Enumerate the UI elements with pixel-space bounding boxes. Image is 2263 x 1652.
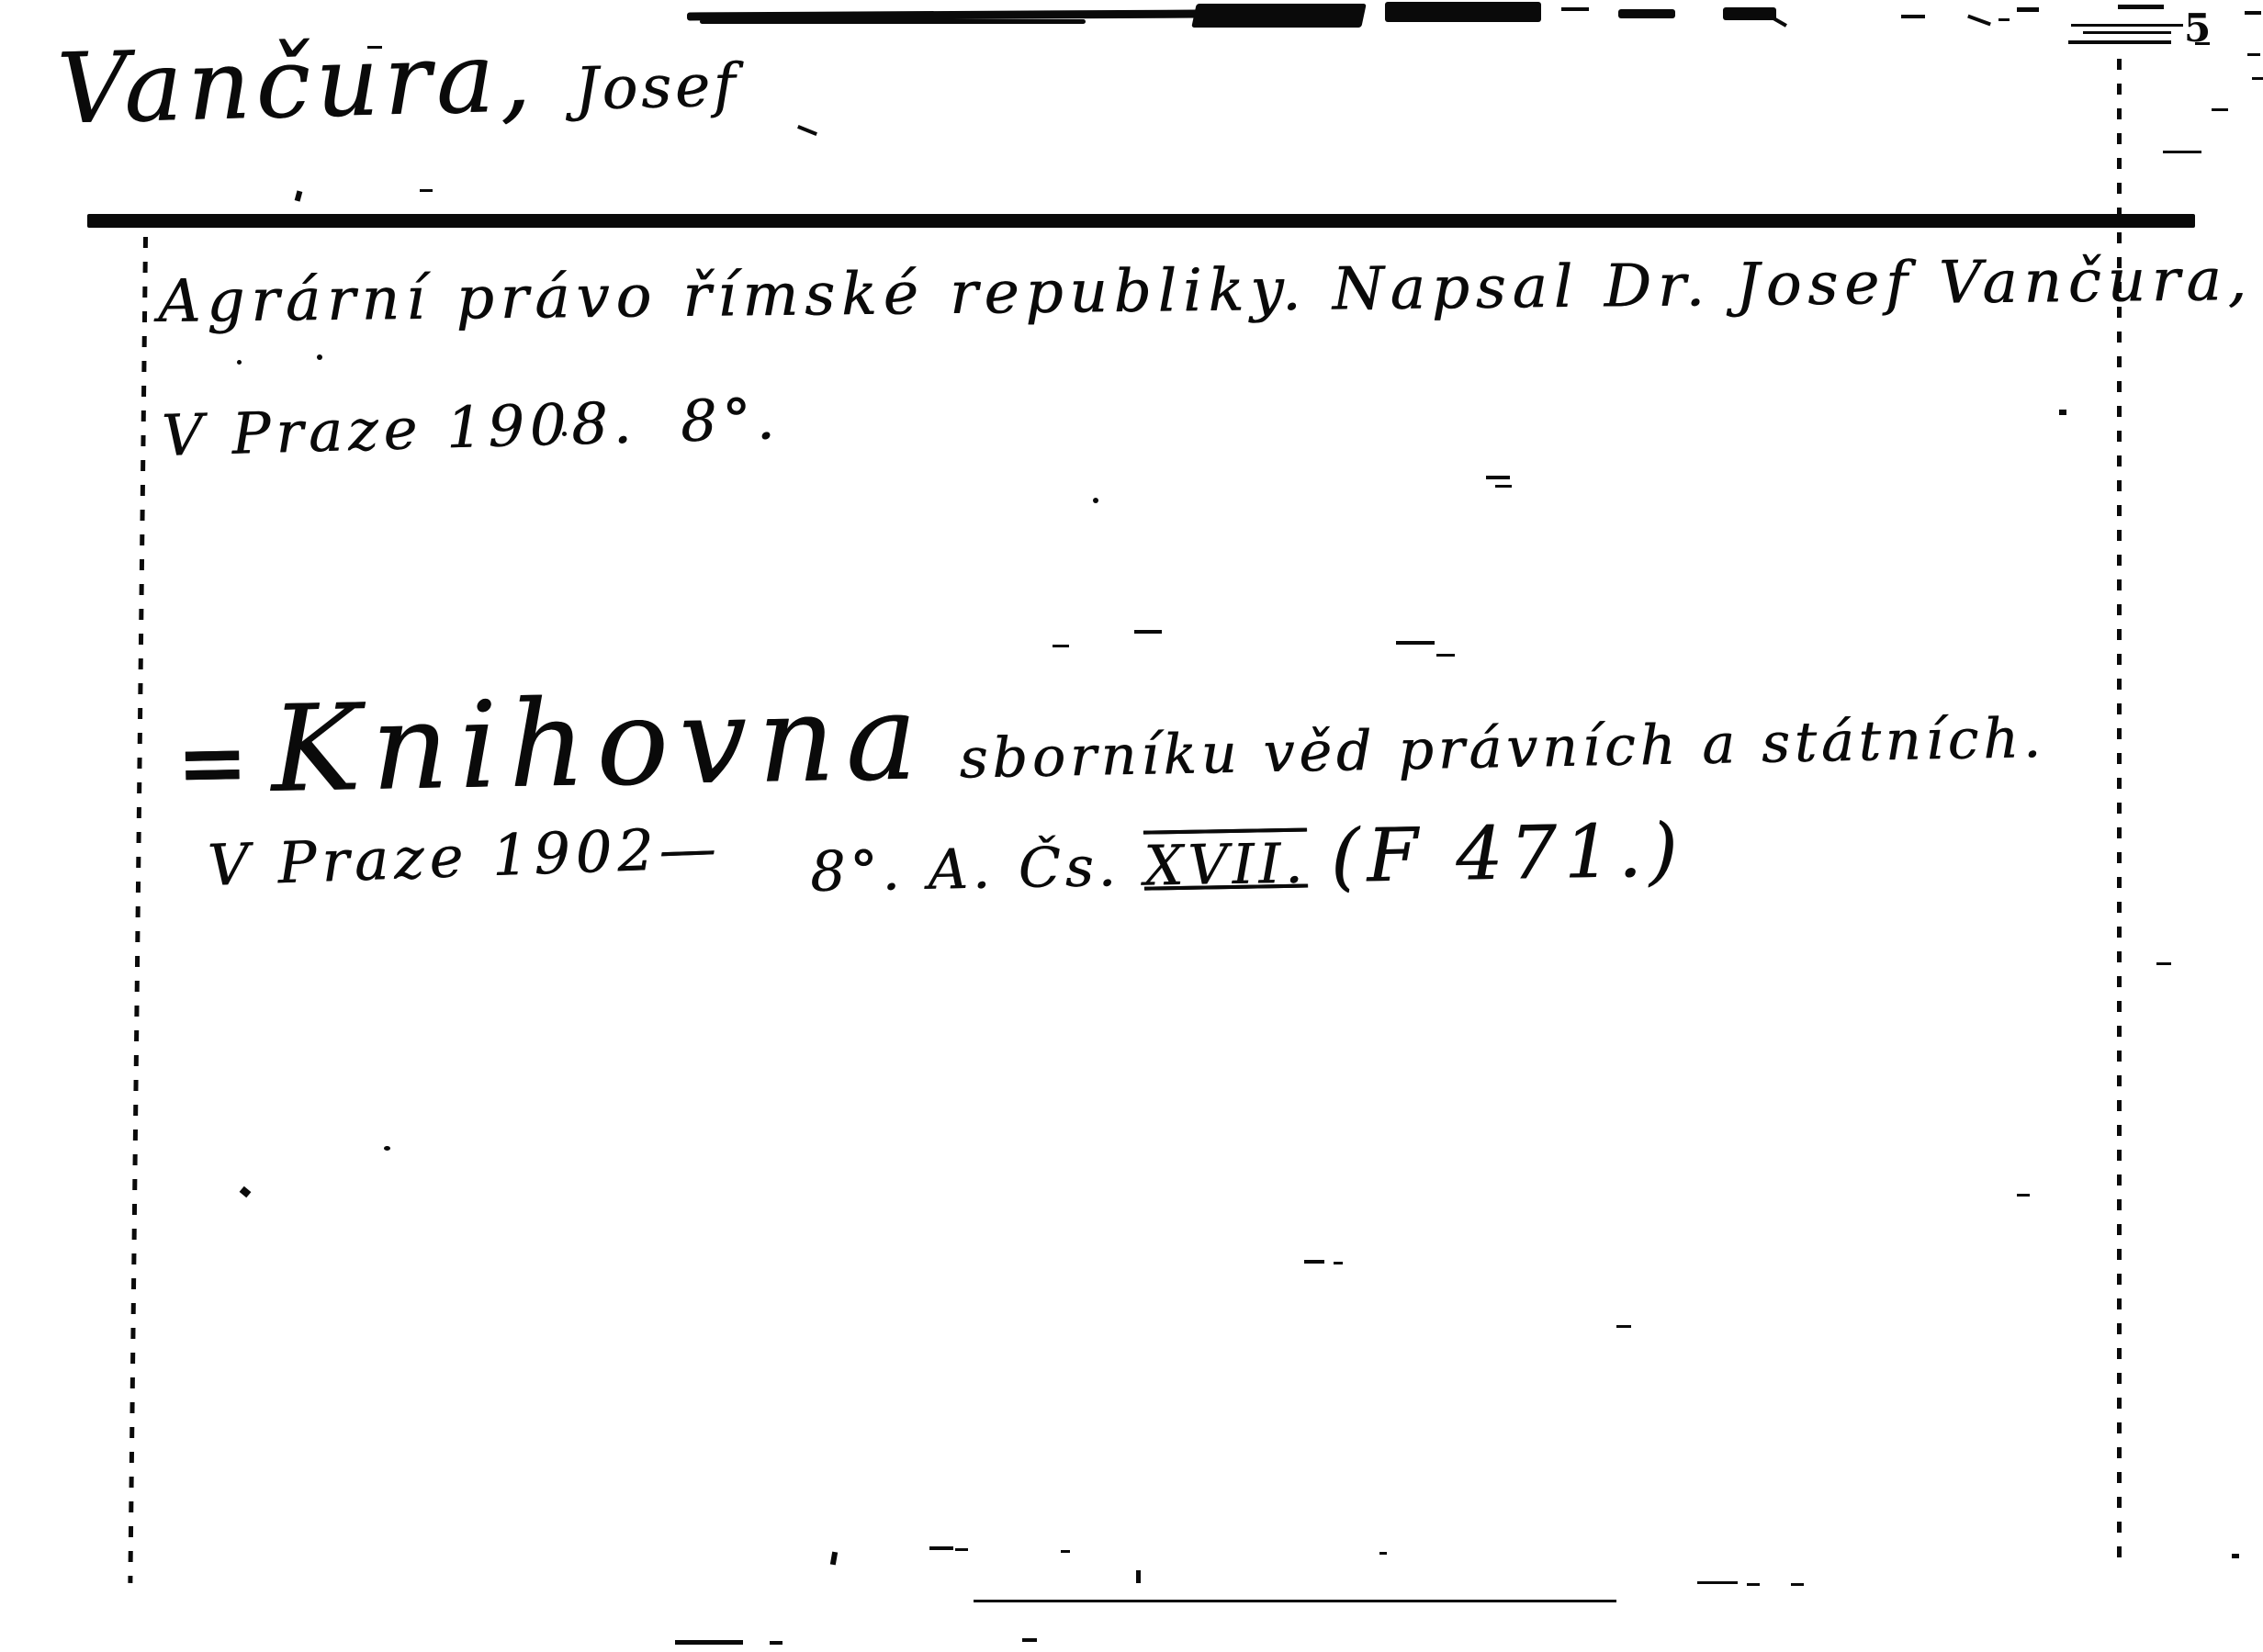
scan-noise xyxy=(367,46,382,49)
scan-noise xyxy=(1396,641,1435,645)
scan-noise xyxy=(2163,151,2201,153)
scan-noise xyxy=(317,354,322,360)
scan-noise xyxy=(770,1641,782,1645)
heading-surname: Vančura, xyxy=(56,20,538,146)
heading-given-name: Josef xyxy=(574,51,739,124)
scan-noise xyxy=(1773,17,1787,27)
scan-noise xyxy=(1191,4,1367,28)
scan-noise xyxy=(1791,1583,1804,1586)
scan-noise xyxy=(1304,1260,1324,1264)
scan-noise xyxy=(1022,1638,1037,1642)
heading-rule xyxy=(87,214,2195,228)
scan-noise xyxy=(2232,1554,2239,1558)
scan-noise xyxy=(1053,645,1069,647)
scan-noise xyxy=(562,432,567,436)
series-imprint: V Praze 1902— xyxy=(207,814,723,898)
scan-noise xyxy=(2156,962,2171,965)
series-volume: XVII. xyxy=(1143,832,1308,899)
scan-noise xyxy=(2245,11,2261,15)
scan-noise xyxy=(2252,77,2263,80)
scan-noise xyxy=(1436,654,1455,657)
shelfmark: (F 471.) xyxy=(1330,807,1685,899)
catalog-card: 5 Vančura, Josef Agrární právo římské re… xyxy=(0,0,2263,1652)
series-title: Knihovna xyxy=(270,667,929,819)
series-format: 8°. xyxy=(810,838,905,905)
scan-noise xyxy=(1618,9,1675,18)
scan-noise xyxy=(2017,7,2039,12)
scan-noise xyxy=(2071,24,2183,27)
scan-noise xyxy=(2017,1194,2030,1197)
imprint-line: V Praze 1908. 8°. xyxy=(161,385,781,469)
scan-noise xyxy=(240,1186,252,1198)
scan-noise xyxy=(1723,7,1776,20)
equals-sign: = xyxy=(175,713,248,813)
scan-noise xyxy=(2118,5,2164,9)
page-number: 5 xyxy=(2184,6,2211,51)
scan-noise xyxy=(2083,31,2171,34)
card-heading: Vančura, Josef xyxy=(56,15,740,145)
scan-noise xyxy=(1061,1550,1070,1553)
series-entry: = Knihovna sborníku věd právních a státn… xyxy=(175,646,2046,821)
scan-noise xyxy=(1697,1581,1738,1584)
scan-noise xyxy=(1093,498,1098,503)
scan-noise xyxy=(1379,1552,1387,1555)
scan-noise xyxy=(830,1552,838,1566)
scan-noise xyxy=(974,1600,1616,1602)
dotted-guide-left xyxy=(128,237,148,1583)
scan-noise xyxy=(2059,410,2066,415)
scan-noise xyxy=(1747,1583,1760,1586)
scan-noise xyxy=(1385,2,1541,22)
title-statement: Agrární právo římské republiky. Napsal D… xyxy=(158,246,2254,336)
scan-noise xyxy=(237,360,242,365)
scan-noise xyxy=(2212,108,2228,111)
imprint-text: V Praze 1908. xyxy=(161,389,637,469)
scan-noise xyxy=(1616,1325,1631,1328)
series-subsection: Čs. xyxy=(1018,835,1120,901)
scan-noise xyxy=(700,19,1086,24)
series-collation: 8°. A. Čs. XVII. (F 471.) xyxy=(809,807,1685,908)
scan-noise xyxy=(955,1548,968,1551)
scan-noise xyxy=(2068,40,2171,44)
scan-noise xyxy=(675,1640,743,1645)
scan-noise xyxy=(595,421,601,426)
scan-noise xyxy=(2247,53,2260,56)
scan-noise xyxy=(420,189,433,192)
check-mark xyxy=(797,125,817,136)
scan-noise xyxy=(929,1546,953,1550)
scan-noise xyxy=(384,1146,390,1151)
scan-noise xyxy=(1967,15,1991,27)
scan-noise xyxy=(1136,1570,1141,1583)
scan-noise xyxy=(1998,18,2010,21)
scan-noise xyxy=(1334,1262,1343,1264)
scan-noise xyxy=(1901,15,1925,18)
format-text: 8°. xyxy=(680,385,781,455)
scan-noise xyxy=(1134,630,1162,634)
series-subtitle: sborníku věd právních a státních. xyxy=(959,706,2046,792)
scan-noise xyxy=(295,190,303,201)
scan-noise xyxy=(1495,485,1512,488)
scan-noise xyxy=(1486,476,1510,479)
scan-noise xyxy=(1561,7,1589,11)
series-section: A. xyxy=(928,837,996,903)
